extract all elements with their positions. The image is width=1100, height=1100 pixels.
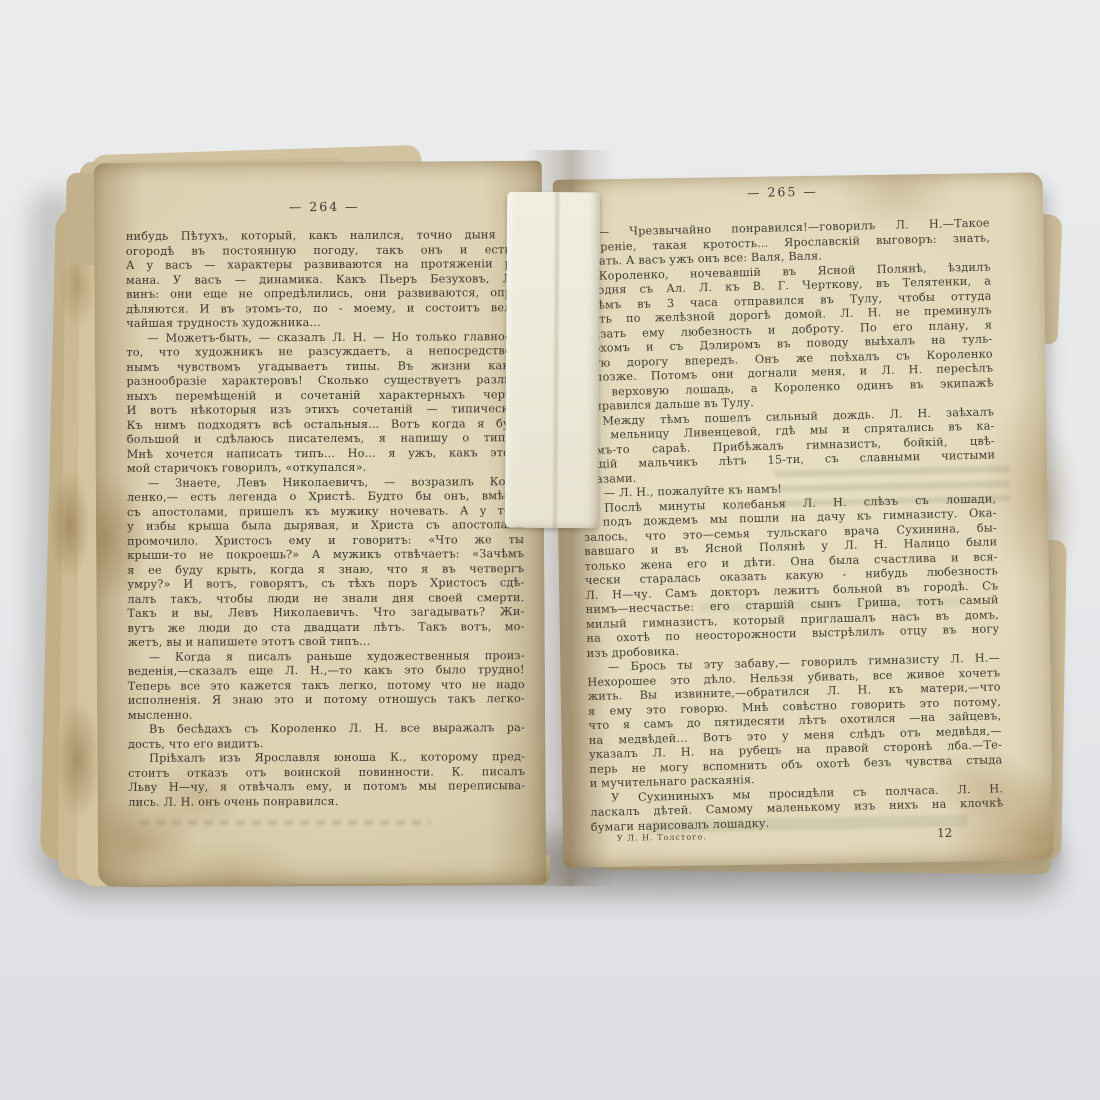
text-line: ленко,— есть легенда о Христѣ. Будто бы … [127, 489, 524, 505]
text-line: нибудь Пѣтухъ, который, какъ налился, то… [126, 228, 523, 244]
text-line: винъ: они еще не опредѣлились, они разви… [126, 286, 523, 302]
text-line: исполненія. Я знаю это и потому отношусь… [128, 692, 525, 708]
text-line: разнообразіе характеровъ! Сколько сущест… [126, 373, 523, 389]
footer-series-title: У Л. Н. Толстого. [617, 832, 707, 843]
right-page-body: — Чрезвычайно понравился!—говорилъ Л. Н.… [577, 216, 1004, 835]
page-edge-stain [50, 470, 90, 580]
text-line: Льву Н—чу, я отвѣчалъ ему, и потомъ мы п… [128, 779, 525, 795]
text-line: вутъ же люди до ста двадцати лѣтъ. Такъ … [128, 620, 525, 636]
text-line: то, что художникъ не разсуждаетъ, а непо… [126, 344, 523, 360]
text-line: А у васъ — характеры развиваются на прот… [126, 257, 523, 273]
text-line: крыши-то не покроешь?» А мужикъ отвѣчает… [127, 547, 524, 563]
text-line: умру?» И вотъ, говорятъ, съ тѣхъ поръ Хр… [127, 576, 524, 592]
repair-tape-strip [505, 192, 600, 529]
ink-show-through [140, 820, 430, 825]
text-line: Пріѣхалъ изъ Ярославля юноша К., котором… [128, 750, 525, 766]
text-line: дѣляются. И въ этомъ-то, по - моему, и с… [126, 301, 523, 317]
book-photograph: — 264 — нибудь Пѣтухъ, который, какъ нал… [0, 0, 1100, 1100]
text-line: веденія,—сказалъ еще Л. Н.,—то какъ это … [128, 663, 525, 679]
text-line: Въ бесѣдахъ съ Короленко Л. Н. все выраж… [128, 721, 525, 737]
page-number-264: — 264 — [126, 199, 523, 215]
text-line: лись. Л. Н. онъ очень понравился. [128, 794, 525, 810]
signature-number: 12 [937, 826, 953, 840]
text-line: И вотъ нѣкоторыя изъ этихъ сочетаній — т… [127, 402, 524, 418]
text-line: у избы крыша была дырявая, и Христа съ а… [127, 518, 524, 534]
left-page-text: — 264 — нибудь Пѣтухъ, который, какъ нал… [126, 199, 526, 810]
text-line: большой и сдѣлаюсь писателемъ, я напишу … [127, 431, 524, 447]
page-edge-stain [56, 700, 100, 820]
right-page-text: — 265 — — Чрезвычайно понравился!—говори… [576, 180, 1004, 835]
text-line: Мнѣ хочется написать типъ... Но... я ужъ… [127, 446, 524, 462]
text-line: Такъ и вы, Левъ Николаевичъ. Что загадыв… [127, 605, 524, 621]
left-page-body: нибудь Пѣтухъ, который, какъ налился, то… [126, 228, 526, 810]
